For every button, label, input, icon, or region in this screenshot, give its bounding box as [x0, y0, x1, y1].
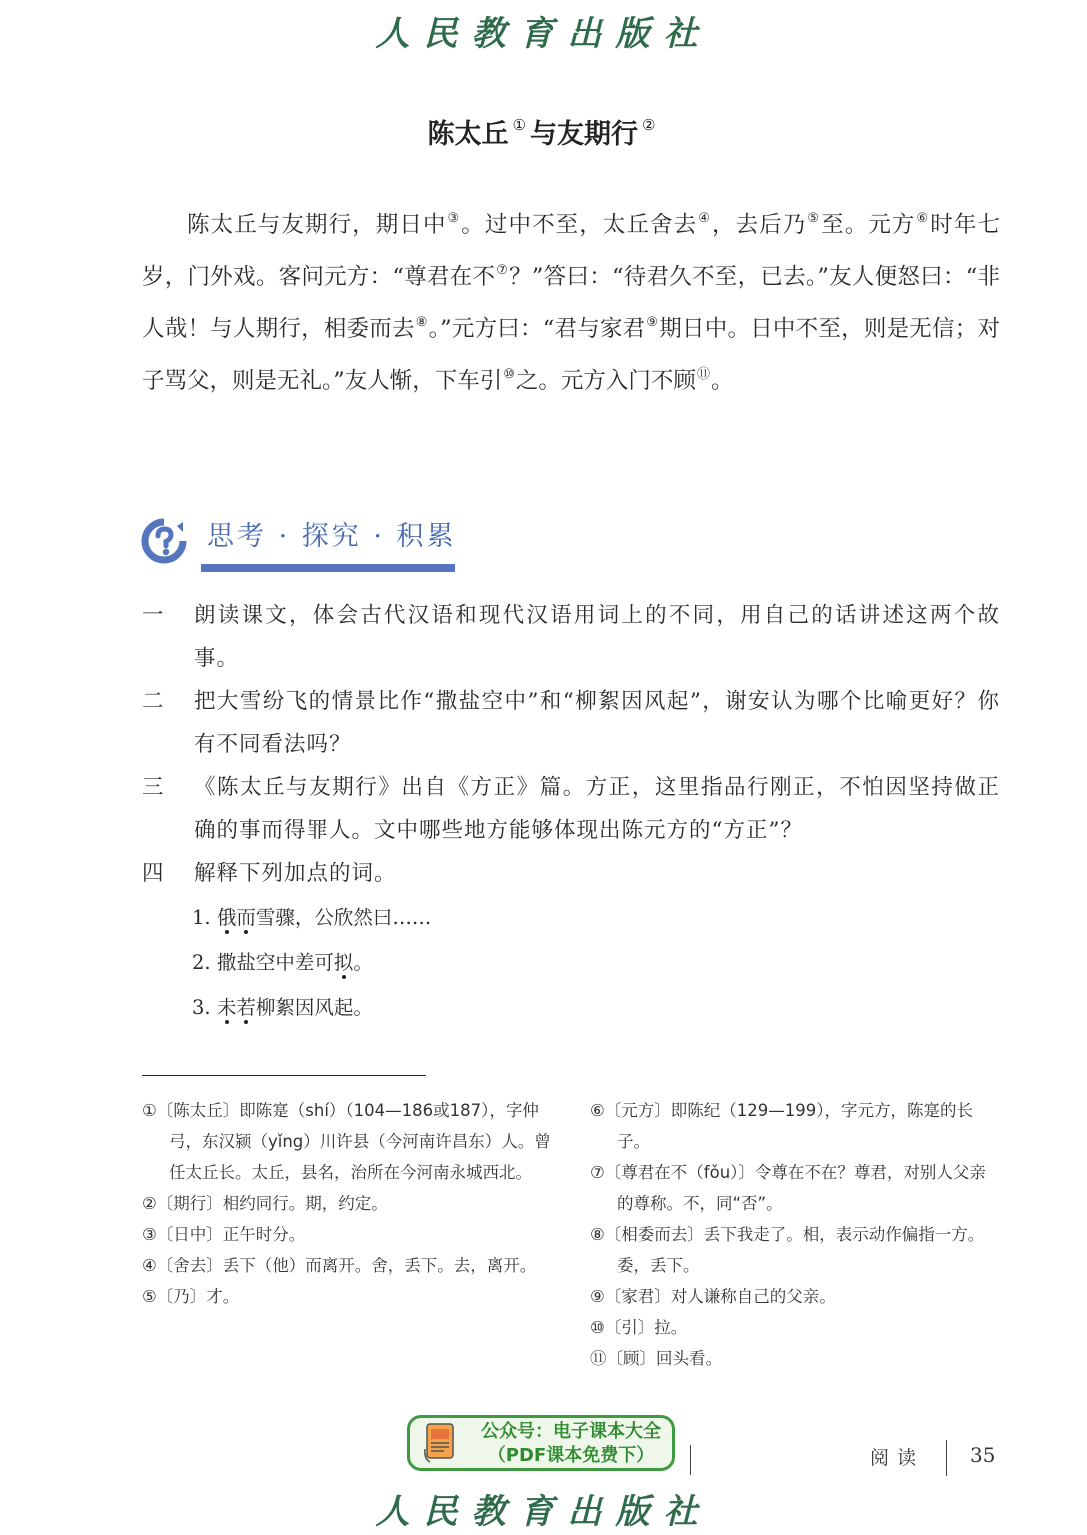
sub-item-text: 。	[353, 951, 373, 974]
footnote: ⑤〔乃〕才。	[142, 1281, 552, 1312]
question-number: 二	[142, 680, 194, 766]
footnote-marker: ⑧	[416, 315, 428, 330]
question-number: 四	[142, 852, 194, 895]
sub-item: 2. 撒盐空中差可拟。	[142, 940, 1000, 985]
question-number: 一	[142, 594, 194, 680]
publisher-logo-top: 人民教育出版社	[0, 6, 1087, 55]
section-title: 思考 · 探究 · 积累	[207, 514, 457, 553]
page-divider	[946, 1440, 947, 1476]
passage-text: 。”元方曰：“君与家君	[429, 316, 646, 342]
footnote: ⑨〔家君〕对人谦称自己的父亲。	[590, 1281, 1000, 1312]
sub-item-number: 2.	[192, 951, 217, 974]
ebook-icon	[424, 1423, 456, 1463]
footnote-marker: ③	[448, 211, 461, 226]
sub-item-number: 1.	[192, 906, 217, 929]
passage-text: 之。元方入门不顾	[516, 368, 696, 394]
footnote-marker: ⑦	[496, 263, 508, 278]
question-item: 三 《陈太丘与友期行》出自《方正》篇。方正，这里指品行刚正，不怕因坚持做正确的事…	[142, 766, 1000, 852]
page-number: 35	[970, 1443, 995, 1467]
sub-item: 1. 俄而雪骤，公欣然曰……	[142, 895, 1000, 940]
question-item: 一 朗读课文，体会古代汉语和现代汉语用词上的不同，用自己的话讲述这两个故事。	[142, 594, 1000, 680]
footnote-marker: ⑤	[807, 211, 820, 226]
question-item: 四 解释下列加点的词。	[142, 852, 1000, 895]
passage-text: 至。元方	[821, 212, 915, 238]
emphasized-character: 若	[236, 996, 256, 1019]
footnote-marker: ⑥	[917, 211, 930, 226]
sub-item: 3. 未若柳絮因风起。	[142, 985, 1000, 1030]
section-header: 思考 · 探究 · 积累	[141, 512, 471, 572]
promo-badge[interactable]: 公众号：电子课本大全 （PDF课本免费下）	[407, 1415, 675, 1471]
footnote-marker: ⑩	[503, 367, 515, 382]
emphasized-character: 俄	[217, 906, 237, 929]
sub-item-list: 1. 俄而雪骤，公欣然曰……2. 撒盐空中差可拟。3. 未若柳絮因风起。	[142, 895, 1000, 1030]
question-text: 解释下列加点的词。	[194, 852, 1000, 895]
emphasized-character: 未	[217, 996, 237, 1019]
promo-text: 公众号：电子课本大全 （PDF课本免费下）	[466, 1420, 676, 1468]
sub-item-text: 雪骤，公欣然曰……	[256, 906, 432, 929]
question-number: 三	[142, 766, 194, 852]
footnotes-right-column: ⑥〔元方〕即陈纪（129—199），字元方，陈寔的长子。⑦〔尊君在不（fǒu）〕…	[590, 1095, 1000, 1374]
footnote: ③〔日中〕正午时分。	[142, 1219, 552, 1250]
publisher-logo-bottom: 人民教育出版社	[0, 1484, 1087, 1533]
footnote-marker: ②	[642, 116, 655, 134]
footnote-marker: ①	[513, 116, 526, 134]
section-underline	[201, 564, 455, 572]
running-head: 阅读	[870, 1443, 924, 1470]
footnote: ②〔期行〕相约同行。期，约定。	[142, 1188, 552, 1219]
footnote: ⑧〔相委而去〕丢下我走了。相，表示动作偏指一方。委，丢下。	[590, 1219, 1000, 1281]
footnote-marker: ⑪	[697, 367, 710, 382]
promo-line-1: 公众号：电子课本大全	[466, 1420, 676, 1444]
footnote: ⑪〔顾〕回头看。	[590, 1343, 1000, 1374]
passage-text: 陈太丘与友期行，期日中	[187, 212, 447, 238]
question-text: 把大雪纷飞的情景比作“撒盐空中”和“柳絮因风起”，谢安认为哪个比喻更好？你有不同…	[194, 680, 1000, 766]
question-mark-icon	[141, 518, 187, 564]
footnote: ⑥〔元方〕即陈纪（129—199），字元方，陈寔的长子。	[590, 1095, 1000, 1157]
question-text: 朗读课文，体会古代汉语和现代汉语用词上的不同，用自己的话讲述这两个故事。	[194, 594, 1000, 680]
emphasized-character: 而	[236, 906, 256, 929]
title-part-2: 与友期行	[530, 119, 638, 150]
lesson-title: 陈太丘①与友期行②	[0, 112, 1087, 151]
question-list: 一 朗读课文，体会古代汉语和现代汉语用词上的不同，用自己的话讲述这两个故事。 二…	[142, 594, 1000, 1030]
footnote-marker: ④	[698, 211, 711, 226]
sub-item-number: 3.	[192, 996, 217, 1019]
passage-text: 。	[711, 368, 734, 394]
footnote: ①〔陈太丘〕即陈寔（shí）（104—186或187），字仲弓，东汉颍（yǐng…	[142, 1095, 552, 1188]
lesson-passage: 陈太丘与友期行，期日中③。过中不至，太丘舍去④，去后乃⑤至。元方⑥时年七岁，门外…	[142, 196, 1000, 404]
footnote: ④〔舍去〕丢下（他）而离开。舍，丢下。去，离开。	[142, 1250, 552, 1281]
footnote: ⑩〔引〕拉。	[590, 1312, 1000, 1343]
footnote-divider	[142, 1075, 426, 1076]
title-part-1: 陈太丘	[428, 119, 509, 150]
emphasized-character: 拟	[334, 951, 354, 974]
footnote-marker: ⑨	[646, 315, 658, 330]
sub-item-text: 撒盐空中差可	[217, 951, 334, 974]
footnotes-left-column: ①〔陈太丘〕即陈寔（shí）（104—186或187），字仲弓，东汉颍（yǐng…	[142, 1095, 552, 1312]
footnote: ⑦〔尊君在不（fǒu）〕令尊在不在？尊君，对别人父亲的尊称。不，同“否”。	[590, 1157, 1000, 1219]
divider	[690, 1445, 691, 1475]
question-text: 《陈太丘与友期行》出自《方正》篇。方正，这里指品行刚正，不怕因坚持做正确的事而得…	[194, 766, 1000, 852]
passage-text: 。过中不至，太丘舍去	[461, 212, 697, 238]
question-item: 二 把大雪纷飞的情景比作“撒盐空中”和“柳絮因风起”，谢安认为哪个比喻更好？你有…	[142, 680, 1000, 766]
sub-item-text: 柳絮因风起。	[256, 996, 373, 1019]
promo-line-2: （PDF课本免费下）	[466, 1444, 676, 1468]
passage-text: ，去后乃	[712, 212, 806, 238]
